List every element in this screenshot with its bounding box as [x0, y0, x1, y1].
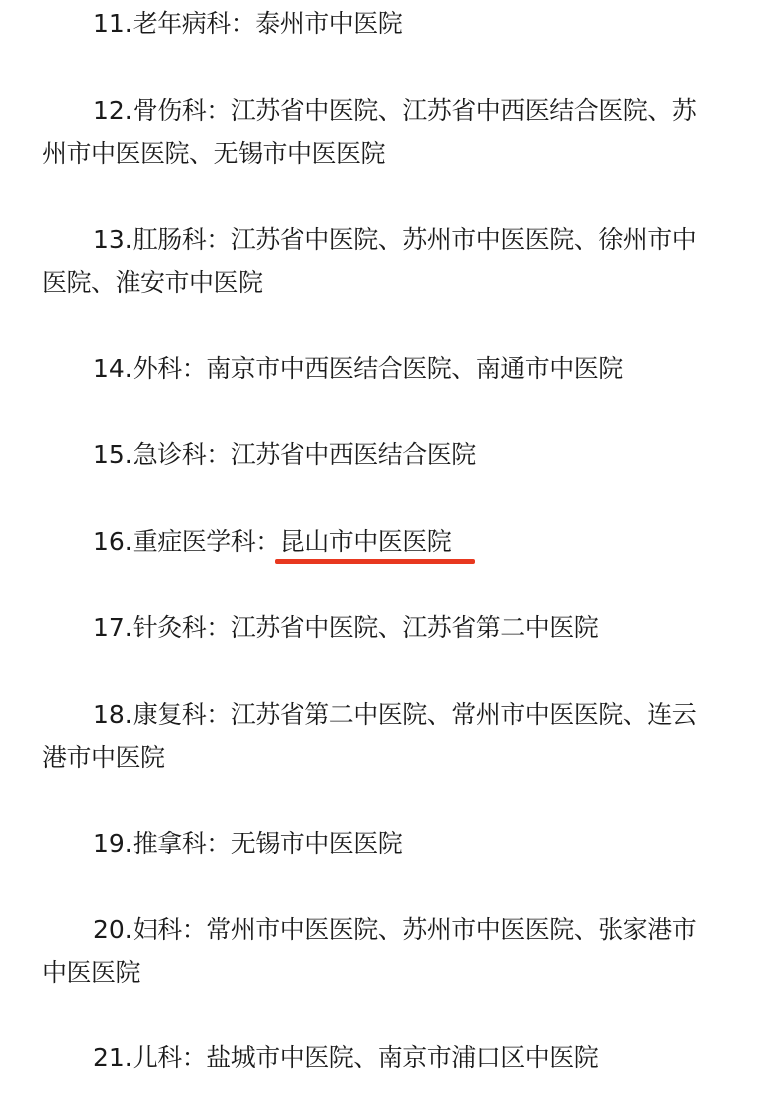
item-number: 11.	[93, 9, 133, 38]
department-name: 肛肠科：	[133, 225, 231, 254]
department-name: 推拿科：	[133, 829, 231, 858]
item-number: 17.	[93, 613, 133, 642]
list-item-12: 12.骨伤科：江苏省中医院、江苏省中西医结合医院、苏州市中医医院、无锡市中医医院	[42, 89, 702, 175]
department-name: 针灸科：	[133, 613, 231, 642]
department-name: 儿科：	[133, 1043, 207, 1072]
item-number: 20.	[93, 915, 133, 944]
item-number: 21.	[93, 1043, 133, 1072]
hospital-list: 南京市中西医结合医院、南通市中医院	[206, 354, 623, 383]
list-item-19: 19.推拿科：无锡市中医医院	[42, 822, 702, 865]
department-name: 急诊科：	[133, 440, 231, 469]
list-item-14: 14.外科：南京市中西医结合医院、南通市中医院	[42, 347, 702, 390]
highlighted-hospital: 昆山市中医医院	[280, 520, 452, 563]
list-item-13: 13.肛肠科：江苏省中医院、苏州市中医医院、徐州市中医院、淮安市中医院	[42, 218, 702, 304]
item-number: 16.	[93, 527, 133, 556]
list-item-11: 11.老年病科：泰州市中医院	[42, 2, 702, 45]
hospital-list: 泰州市中医院	[255, 9, 402, 38]
list-item-20: 20.妇科：常州市中医医院、苏州市中医医院、张家港市中医医院	[42, 908, 702, 994]
list-item-21: 21.儿科：盐城市中医院、南京市浦口区中医院	[42, 1036, 702, 1079]
list-item-15: 15.急诊科：江苏省中西医结合医院	[42, 433, 702, 476]
department-name: 妇科：	[133, 915, 207, 944]
list-item-18: 18.康复科：江苏省第二中医院、常州市中医医院、连云港市中医院	[42, 693, 702, 779]
department-name: 骨伤科：	[133, 96, 231, 125]
item-number: 12.	[93, 96, 133, 125]
item-number: 14.	[93, 354, 133, 383]
department-name: 老年病科：	[133, 9, 256, 38]
department-name: 康复科：	[133, 700, 231, 729]
item-number: 15.	[93, 440, 133, 469]
hospital-list: 江苏省中西医结合医院	[231, 440, 476, 469]
item-number: 13.	[93, 225, 133, 254]
list-item-17: 17.针灸科：江苏省中医院、江苏省第二中医院	[42, 606, 702, 649]
department-name: 外科：	[133, 354, 207, 383]
hospital-list: 江苏省中医院、江苏省第二中医院	[231, 613, 599, 642]
item-number: 18.	[93, 700, 133, 729]
hospital-list: 无锡市中医医院	[231, 829, 403, 858]
list-item-16: 16.重症医学科：昆山市中医医院	[42, 520, 702, 563]
hospital-list: 盐城市中医院、南京市浦口区中医院	[206, 1043, 598, 1072]
red-underline-annotation	[275, 559, 475, 564]
department-name: 重症医学科：	[133, 527, 280, 556]
item-number: 19.	[93, 829, 133, 858]
